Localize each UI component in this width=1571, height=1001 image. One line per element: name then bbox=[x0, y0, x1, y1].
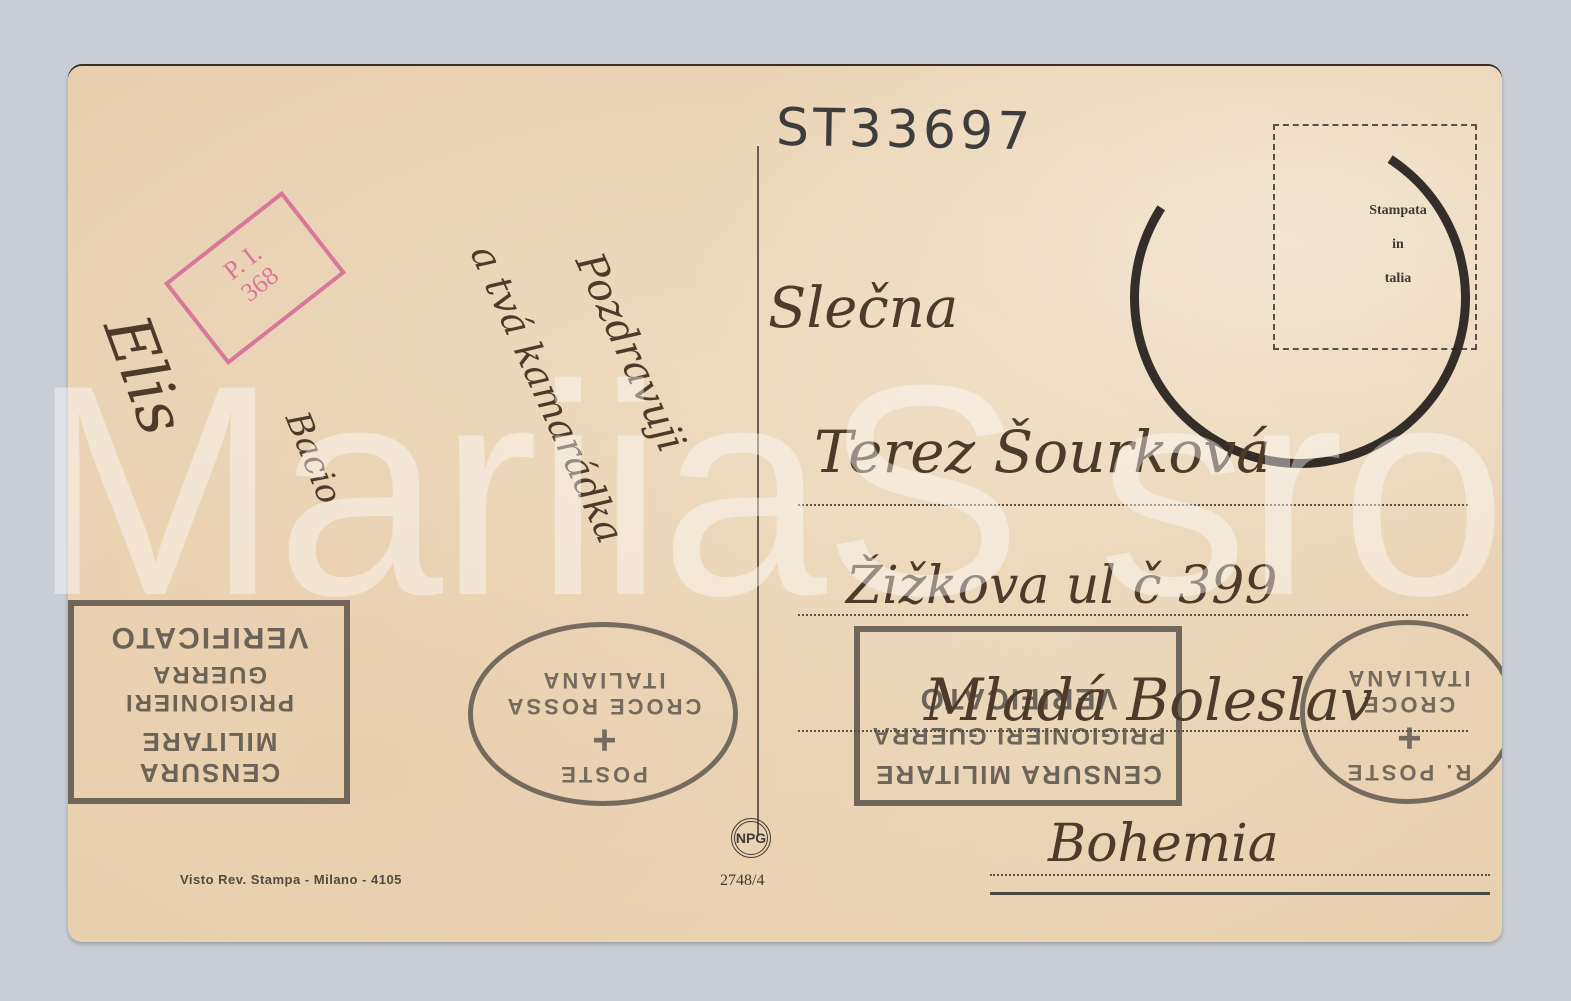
red-cross-icon: + bbox=[473, 719, 733, 761]
censor-line: CENSURA MILITARE bbox=[74, 726, 344, 788]
printer-imprint: Visto Rev. Stampa - Milano - 4105 bbox=[180, 872, 402, 887]
address-country: Bohemia bbox=[1048, 814, 1279, 874]
oval-stamp-line: CROCE ROSSA bbox=[473, 693, 733, 719]
oval-stamp-line: ITALIANA bbox=[473, 667, 733, 693]
address-line bbox=[990, 874, 1490, 876]
oval-stamp-line: R. POSTE bbox=[1305, 759, 1502, 785]
address-city: Mladá Boleslav bbox=[924, 666, 1373, 734]
catalog-number: 2748/4 bbox=[720, 872, 764, 890]
publisher-logo-icon: NPG bbox=[731, 818, 771, 858]
censor-line: CENSURA MILITARE bbox=[860, 759, 1176, 790]
inventory-code: ST33697 bbox=[775, 98, 1034, 162]
oval-stamp-line: POSTE bbox=[473, 761, 733, 787]
watermark: MariiaS sro bbox=[30, 340, 1503, 640]
censor-line: PRIGIONIERI GUERRA bbox=[74, 660, 344, 716]
address-underline bbox=[990, 892, 1490, 895]
